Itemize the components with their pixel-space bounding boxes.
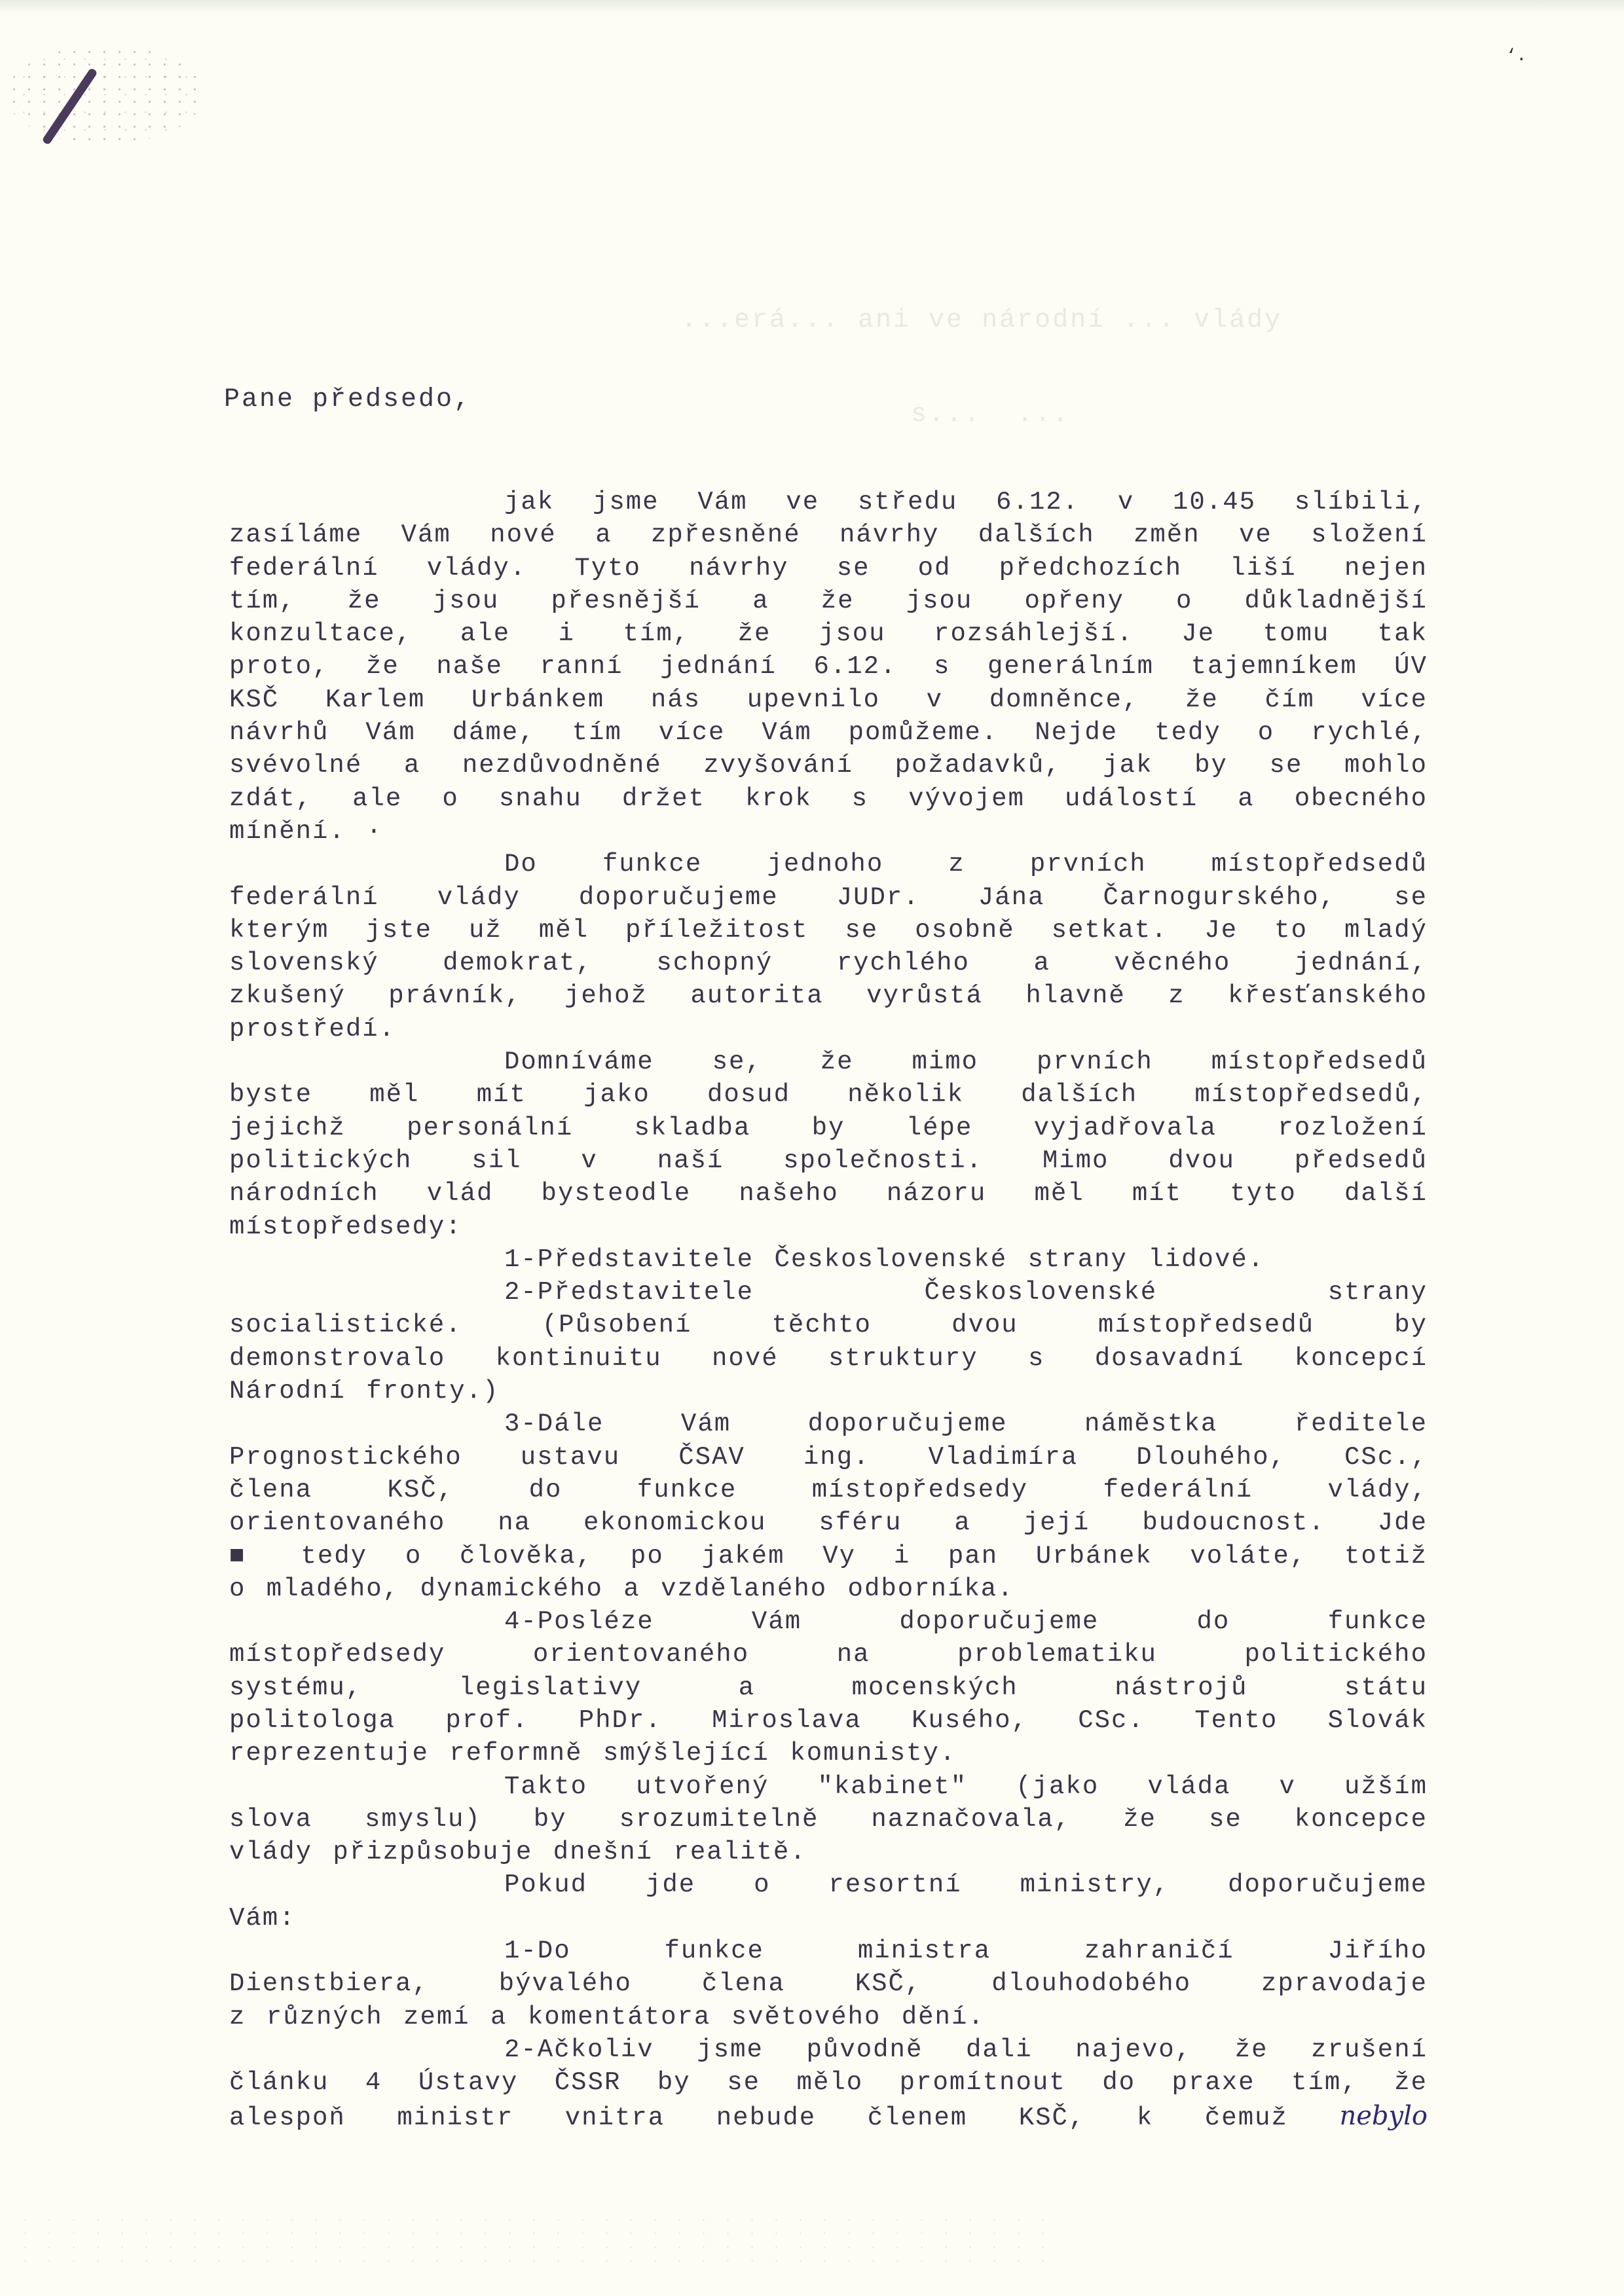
letter-line: národních vlád bysteodle našeho názoru m…	[229, 1177, 1428, 1210]
letter-line: konzultace, ale i tím, že jsou rozsáhlej…	[229, 617, 1428, 650]
scan-speckle-noise	[7, 46, 203, 144]
line-text: zkušený právník, jehož autorita vyrůstá …	[229, 981, 1428, 1010]
line-text: proto, že naše ranní jednání 6.12. s gen…	[229, 652, 1428, 681]
line-text: politologa prof. PhDr. Miroslava Kusého,…	[229, 1706, 1428, 1735]
line-text: demonstrovalo kontinuitu nové struktury …	[229, 1344, 1428, 1373]
line-text: 1-Představitele Československé strany li…	[504, 1245, 1264, 1274]
letter-line: návrhů Vám dáme, tím více Vám pomůžeme. …	[229, 716, 1428, 749]
letter-line: svévolné a nezdůvodněné zvyšování požada…	[229, 749, 1428, 782]
line-text: z různých zemí a komentátora světového d…	[229, 2003, 985, 2032]
letter-line: politických sil v naší společnosti. Mimo…	[229, 1144, 1428, 1177]
line-text: 1-Do funkce ministra zahraničí Jiřího	[504, 1937, 1428, 1965]
letter-line: mínění. ·	[229, 815, 1428, 848]
line-text: místopředsedy:	[229, 1212, 462, 1241]
letter-line: Vám:	[229, 1902, 1428, 1935]
line-text: zasíláme Vám nové a zpřesněné návrhy dal…	[229, 520, 1428, 549]
letter-line: tím, že jsou přesnější a že jsou opřeny …	[229, 585, 1428, 617]
line-text: systému, legislativy a mocenských nástro…	[229, 1673, 1428, 1702]
line-text: kterým jste už měl příležitost se osobně…	[229, 916, 1428, 945]
letter-line: Takto utvořený "kabinet" (jako vláda v u…	[229, 1770, 1428, 1803]
letter-line: člena KSČ, do funkce místopředsedy feder…	[229, 1474, 1428, 1506]
line-text: místopředsedy orientovaného na problemat…	[229, 1640, 1428, 1669]
letter-line: federální vlády doporučujeme JUDr. Jána …	[229, 881, 1428, 914]
line-text: o mladého, dynamického a vzdělaného odbo…	[229, 1575, 1014, 1603]
letter-line: kterým jste už měl příležitost se osobně…	[229, 914, 1428, 947]
line-text: konzultace, ale i tím, že jsou rozsáhlej…	[229, 619, 1428, 648]
line-text: 3-Dále Vám doporučujeme náměstka ředitel…	[504, 1410, 1428, 1438]
letter-line: jak jsme Vám ve středu 6.12. v 10.45 slí…	[229, 486, 1428, 519]
handwritten-annotation: nebylo	[1340, 2101, 1428, 2131]
letter-line: orientovaného na ekonomickou sféru a jej…	[229, 1506, 1428, 1539]
line-text: ■ tedy o člověka, po jakém Vy i pan Urbá…	[229, 1542, 1428, 1571]
letter-line: 1-Představitele Československé strany li…	[229, 1243, 1428, 1276]
letter-line: slova smyslu) by srozumitelně naznačoval…	[229, 1803, 1428, 1836]
line-text: federální vlády. Tyto návrhy se od předc…	[229, 554, 1428, 583]
letter-line: Prognostického ustavu ČSAV ing. Vladimír…	[229, 1441, 1428, 1474]
letter-line: zasíláme Vám nové a zpřesněné návrhy dal…	[229, 519, 1428, 551]
line-text: federální vlády doporučujeme JUDr. Jána …	[229, 883, 1428, 912]
letter-line: proto, že naše ranní jednání 6.12. s gen…	[229, 650, 1428, 683]
line-text: slova smyslu) by srozumitelně naznačoval…	[229, 1805, 1428, 1834]
scan-top-edge	[0, 0, 1624, 14]
letter-line: prostředí.	[229, 1013, 1428, 1046]
letter-line: místopředsedy:	[229, 1211, 1428, 1243]
letter-body: jak jsme Vám ve středu 6.12. v 10.45 slí…	[229, 486, 1428, 2132]
line-text: 2-Ačkoliv jsme původně dali najevo, že z…	[504, 2035, 1428, 2064]
letter-line: 1-Do funkce ministra zahraničí Jiřího	[229, 1935, 1428, 1967]
line-text: zdát, ale o snahu držet krok s vývojem u…	[229, 784, 1428, 813]
line-text: článku 4 Ústavy ČSSR by se mělo promítno…	[229, 2068, 1428, 2097]
letter-line: federální vlády. Tyto návrhy se od předc…	[229, 552, 1428, 585]
line-text: 4-Posléze Vám doporučujeme do funkce	[504, 1607, 1428, 1636]
line-text: vlády přizpůsobuje dnešní realitě.	[229, 1838, 807, 1867]
letter-line: Dienstbiera, bývalého člena KSČ, dlouhod…	[229, 1967, 1428, 2000]
line-text: 2-Představitele Československé strany	[504, 1278, 1428, 1307]
letter-line: Do funkce jednoho z prvních místopředsed…	[229, 848, 1428, 881]
letter-line: demonstrovalo kontinuitu nové struktury …	[229, 1342, 1428, 1375]
letter-line: z různých zemí a komentátora světového d…	[229, 2001, 1428, 2033]
line-text: byste měl mít jako dosud několik dalších…	[229, 1080, 1428, 1109]
letter-line: 3-Dále Vám doporučujeme náměstka ředitel…	[229, 1408, 1428, 1440]
letter-line: slovenský demokrat, schopný rychlého a v…	[229, 947, 1428, 979]
letter-line: Domníváme se, že mimo prvních místopředs…	[229, 1046, 1428, 1078]
bleed-through-line: ...erá... ani ve národní ... vlády	[681, 305, 1270, 337]
line-text: Do funkce jednoho z prvních místopředsed…	[504, 850, 1428, 879]
salutation: Pane předsedo,	[224, 385, 471, 414]
line-text: mínění. ·	[229, 817, 383, 846]
letter-line: 4-Posléze Vám doporučujeme do funkce	[229, 1605, 1428, 1638]
line-text: Prognostického ustavu ČSAV ing. Vladimír…	[229, 1443, 1428, 1472]
letter-line: KSČ Karlem Urbánkem nás upevnilo v domně…	[229, 683, 1428, 716]
letter-line: socialistické. (Působení těchto dvou mís…	[229, 1309, 1428, 1341]
line-text: svévolné a nezdůvodněné zvyšování požada…	[229, 751, 1428, 780]
letter-line: vlády přizpůsobuje dnešní realitě.	[229, 1836, 1428, 1868]
bleed-through-line: s... ...	[681, 399, 1270, 431]
letter-line: zkušený právník, jehož autorita vyrůstá …	[229, 979, 1428, 1012]
letter-line: ■ tedy o člověka, po jakém Vy i pan Urbá…	[229, 1540, 1428, 1573]
line-text: jak jsme Vám ve středu 6.12. v 10.45 slí…	[504, 488, 1428, 517]
line-text: návrhů Vám dáme, tím více Vám pomůžeme. …	[229, 718, 1428, 747]
line-text: prostředí.	[229, 1015, 396, 1044]
scan-bottom-noise	[13, 2213, 1061, 2265]
line-text: slovenský demokrat, schopný rychlého a v…	[229, 949, 1428, 977]
letter-line: byste měl mít jako dosud několik dalších…	[229, 1078, 1428, 1111]
line-text: orientovaného na ekonomickou sféru a jej…	[229, 1508, 1428, 1537]
line-text: reprezentuje reformně smýšlející komunis…	[229, 1739, 956, 1768]
line-text: národních vlád bysteodle našeho názoru m…	[229, 1179, 1428, 1208]
line-text: Vám:	[229, 1904, 296, 1933]
letter-line: zdát, ale o snahu držet krok s vývojem u…	[229, 782, 1428, 815]
letter-line: reprezentuje reformně smýšlející komunis…	[229, 1737, 1428, 1770]
letter-line: jejichž personální skladba by lépe vyjad…	[229, 1112, 1428, 1144]
line-text: Národní fronty.)	[229, 1377, 499, 1406]
letter-line: 2-Ačkoliv jsme původně dali najevo, že z…	[229, 2033, 1428, 2066]
line-text: KSČ Karlem Urbánkem nás upevnilo v domně…	[229, 685, 1428, 714]
line-text: jejichž personální skladba by lépe vyjad…	[229, 1114, 1428, 1142]
line-text: socialistické. (Působení těchto dvou mís…	[229, 1311, 1428, 1339]
line-text: politických sil v naší společnosti. Mimo…	[229, 1146, 1428, 1175]
line-text: Pokud jde o resortní ministry, doporučuj…	[504, 1870, 1428, 1899]
line-text: alespoň ministr vnitra nebude členem KSČ…	[229, 2104, 1288, 2132]
letter-line: o mladého, dynamického a vzdělaného odbo…	[229, 1573, 1428, 1605]
bleed-through-text: ...erá... ani ve národní ... vlády s... …	[681, 242, 1270, 462]
line-text: Takto utvořený "kabinet" (jako vláda v u…	[504, 1772, 1428, 1801]
letter-line: alespoň ministr vnitra nebude členem KSČ…	[229, 2100, 1428, 2132]
line-text: Domníváme se, že mimo prvních místopředs…	[504, 1048, 1428, 1076]
letter-line: článku 4 Ústavy ČSSR by se mělo promítno…	[229, 2066, 1428, 2099]
letter-line: místopředsedy orientovaného na problemat…	[229, 1638, 1428, 1671]
letter-line: politologa prof. PhDr. Miroslava Kusého,…	[229, 1704, 1428, 1737]
letter-line: systému, legislativy a mocenských nástro…	[229, 1671, 1428, 1704]
line-text: tím, že jsou přesnější a že jsou opřeny …	[229, 587, 1428, 615]
line-text: Dienstbiera, bývalého člena KSČ, dlouhod…	[229, 1969, 1428, 1998]
letter-line: Pokud jde o resortní ministry, doporučuj…	[229, 1868, 1428, 1901]
line-text: člena KSČ, do funkce místopředsedy feder…	[229, 1476, 1428, 1504]
letter-line: 2-Představitele Československé strany	[229, 1276, 1428, 1309]
corner-dots-mark: ‘.	[1506, 46, 1526, 65]
letter-line: Národní fronty.)	[229, 1375, 1428, 1408]
